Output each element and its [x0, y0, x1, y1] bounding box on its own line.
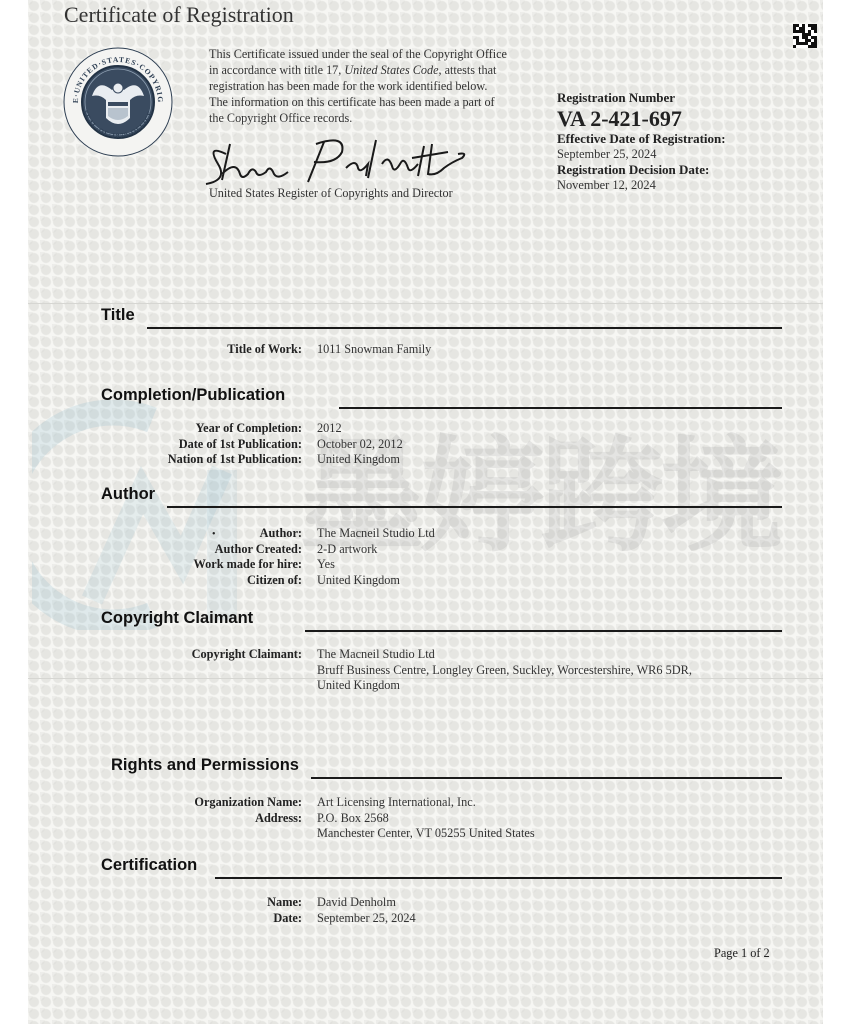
section-author: Author — [101, 485, 782, 503]
field-value: 2-D artwork — [317, 542, 377, 558]
title-fields: Title of Work: 1011 Snowman Family — [0, 342, 850, 358]
author-fields: • Author: The Macneil Studio Ltd Author … — [0, 526, 850, 588]
bullet-icon: • — [212, 527, 216, 543]
field-label: Date: — [0, 911, 317, 927]
field-row: Title of Work: 1011 Snowman Family — [0, 342, 850, 358]
field-value: September 25, 2024 — [317, 911, 416, 927]
field-value: Yes — [317, 557, 335, 573]
section-heading: Certification — [101, 856, 197, 874]
fold-line — [28, 303, 823, 304]
field-row: United Kingdom — [0, 678, 850, 694]
field-value: October 02, 2012 — [317, 437, 403, 453]
field-label: Date of 1st Publication: — [0, 437, 317, 453]
section-rule — [311, 777, 782, 779]
field-row: Author: The Macneil Studio Ltd — [0, 526, 850, 542]
certification-fields: Name: David Denholm Date: September 25, … — [0, 895, 850, 926]
field-label: Address: — [0, 811, 317, 827]
section-rule — [215, 877, 782, 879]
registration-number-label: Registration Number — [557, 90, 726, 106]
field-label: Author: — [0, 526, 317, 542]
field-label: Organization Name: — [0, 795, 317, 811]
field-label: Year of Completion: — [0, 421, 317, 437]
field-row: Manchester Center, VT 05255 United State… — [0, 826, 850, 842]
section-rule — [305, 630, 782, 632]
decision-date: November 12, 2024 — [557, 178, 726, 193]
field-label: Author Created: — [0, 542, 317, 558]
field-row: Nation of 1st Publication: United Kingdo… — [0, 452, 850, 468]
field-label: Title of Work: — [0, 342, 317, 358]
field-value: United Kingdom — [317, 573, 400, 589]
qr-code-icon — [793, 24, 817, 48]
section-claimant: Copyright Claimant — [101, 609, 782, 627]
field-value: Art Licensing International, Inc. — [317, 795, 476, 811]
field-value: United Kingdom — [317, 452, 400, 468]
section-heading: Title — [101, 306, 135, 324]
field-label: Work made for hire: — [0, 557, 317, 573]
field-value: 2012 — [317, 421, 342, 437]
field-value: The Macneil Studio Ltd — [317, 526, 435, 542]
page-number: Page 1 of 2 — [714, 946, 770, 961]
certificate-statement: This Certificate issued under the seal o… — [209, 46, 509, 126]
register-signature-icon — [196, 134, 486, 190]
section-rights: Rights and Permissions — [111, 756, 782, 774]
effective-date: September 25, 2024 — [557, 147, 726, 162]
section-rule — [147, 327, 782, 329]
section-certification: Certification — [101, 856, 782, 874]
section-completion: Completion/Publication — [101, 386, 782, 404]
field-value: Manchester Center, VT 05255 United State… — [317, 826, 535, 842]
field-label: Nation of 1st Publication: — [0, 452, 317, 468]
field-row: Date of 1st Publication: October 02, 201… — [0, 437, 850, 453]
field-value: 1011 Snowman Family — [317, 342, 431, 358]
field-value: Bruff Business Centre, Longley Green, Su… — [317, 663, 692, 679]
field-row: Name: David Denholm — [0, 895, 850, 911]
decision-date-label: Registration Decision Date: — [557, 162, 726, 178]
section-rule — [339, 407, 782, 409]
field-row: Bruff Business Centre, Longley Green, Su… — [0, 663, 850, 679]
section-heading: Author — [101, 485, 155, 503]
field-value: David Denholm — [317, 895, 396, 911]
field-row: Year of Completion: 2012 — [0, 421, 850, 437]
field-row: Copyright Claimant: The Macneil Studio L… — [0, 647, 850, 663]
section-rule — [167, 506, 782, 508]
rights-fields: Organization Name: Art Licensing Interna… — [0, 795, 850, 842]
certificate-title: Certificate of Registration — [64, 2, 294, 28]
field-row: Work made for hire: Yes — [0, 557, 850, 573]
field-row: Organization Name: Art Licensing Interna… — [0, 795, 850, 811]
field-label: Copyright Claimant: — [0, 647, 317, 663]
signer-title: United States Register of Copyrights and… — [209, 186, 453, 201]
registration-number: VA 2-421-697 — [557, 107, 726, 131]
field-value: United Kingdom — [317, 678, 400, 694]
section-title: Title — [101, 306, 782, 324]
field-row: Citizen of: United Kingdom — [0, 573, 850, 589]
field-row: Address: P.O. Box 2568 — [0, 811, 850, 827]
section-heading: Completion/Publication — [101, 386, 285, 404]
registration-info: Registration Number VA 2-421-697 Effecti… — [557, 90, 726, 193]
field-label: Name: — [0, 895, 317, 911]
section-heading: Rights and Permissions — [111, 756, 299, 774]
completion-fields: Year of Completion: 2012 Date of 1st Pub… — [0, 421, 850, 468]
section-heading: Copyright Claimant — [101, 609, 253, 627]
field-value: P.O. Box 2568 — [317, 811, 389, 827]
field-row: Date: September 25, 2024 — [0, 911, 850, 927]
field-row: Author Created: 2-D artwork — [0, 542, 850, 558]
effective-date-label: Effective Date of Registration: — [557, 131, 726, 147]
field-value: The Macneil Studio Ltd — [317, 647, 435, 663]
copyright-office-seal-icon: ·THE·UNITED·STATES·COPYRIGHT· SEAL·OF·18… — [62, 46, 174, 158]
claimant-fields: Copyright Claimant: The Macneil Studio L… — [0, 647, 850, 694]
field-label: Citizen of: — [0, 573, 317, 589]
